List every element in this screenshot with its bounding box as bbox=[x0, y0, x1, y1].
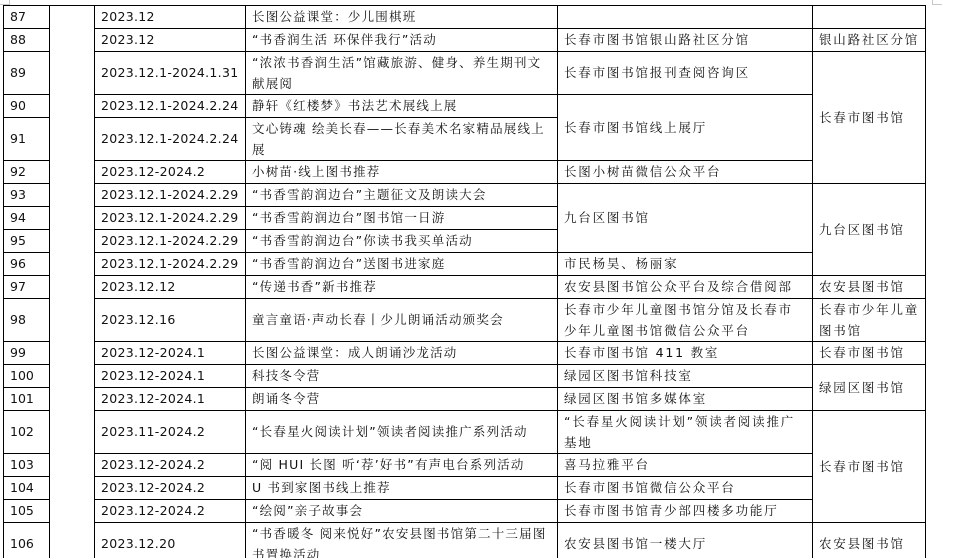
activity-name: “绘阅”亲子故事会 bbox=[246, 500, 558, 523]
activity-venue: 喜马拉雅平台 bbox=[558, 454, 813, 477]
activity-date: 2023.12-2024.1 bbox=[95, 388, 246, 411]
activity-date: 2023.12-2024.1 bbox=[95, 342, 246, 365]
organizer: 长春市图书馆 bbox=[813, 411, 926, 523]
activity-date: 2023.12.1-2024.2.24 bbox=[95, 118, 246, 161]
activity-name: “书香暖冬 阅来悦好”农安县图书馆第二十三届图书置换活动 bbox=[246, 523, 558, 558]
table-row: 93 2023.12.1-2024.2.29 “书香雪韵润边台”主题征文及朗读大… bbox=[4, 184, 926, 207]
activity-name: 长图公益课堂：成人朗诵沙龙活动 bbox=[246, 342, 558, 365]
activity-name: “书香雪韵润边台”送图书进家庭 bbox=[246, 253, 558, 276]
activity-date: 2023.12.1-2024.2.29 bbox=[95, 184, 246, 207]
activity-venue bbox=[558, 6, 813, 29]
activity-date: 2023.12-2024.2 bbox=[95, 454, 246, 477]
row-number: 98 bbox=[4, 299, 50, 342]
activity-name: “长春星火阅读计划”领读者阅读推广系列活动 bbox=[246, 411, 558, 454]
activity-venue: 九台区图书馆 bbox=[558, 184, 813, 253]
row-number: 104 bbox=[4, 477, 50, 500]
table-row: 96 2023.12.1-2024.2.29 “书香雪韵润边台”送图书进家庭 市… bbox=[4, 253, 926, 276]
activity-date: 2023.12.12 bbox=[95, 276, 246, 299]
activity-venue: 长春市少年儿童图书馆分馆及长春市少年儿童图书馆微信公众平台 bbox=[558, 299, 813, 342]
activity-name: 文心铸魂 绘美长春——长春美术名家精品展线上展 bbox=[246, 118, 558, 161]
row-number: 89 bbox=[4, 52, 50, 95]
activity-name: “书香雪韵润边台”图书馆一日游 bbox=[246, 207, 558, 230]
activity-venue: 绿园区图书馆科技室 bbox=[558, 365, 813, 388]
activity-name: 长图公益课堂：少儿围棋班 bbox=[246, 6, 558, 29]
activity-date: 2023.12 bbox=[95, 29, 246, 52]
row-number: 105 bbox=[4, 500, 50, 523]
row-number: 106 bbox=[4, 523, 50, 558]
activity-name: “传递书香”新书推荐 bbox=[246, 276, 558, 299]
activity-date: 2023.12-2024.1 bbox=[95, 365, 246, 388]
table-row: 105 2023.12-2024.2 “绘阅”亲子故事会 长春市图书馆青少部四楼… bbox=[4, 500, 926, 523]
organizer: 绿园区图书馆 bbox=[813, 365, 926, 411]
activity-date: 2023.12-2024.2 bbox=[95, 477, 246, 500]
activity-name: “书香润生活 环保伴我行”活动 bbox=[246, 29, 558, 52]
activity-name: 朗诵冬令营 bbox=[246, 388, 558, 411]
activity-venue: 农安县图书馆一楼大厅 bbox=[558, 523, 813, 558]
activity-name: 科技冬令营 bbox=[246, 365, 558, 388]
table-row: 101 2023.12-2024.1 朗诵冬令营 绿园区图书馆多媒体室 bbox=[4, 388, 926, 411]
activity-date: 2023.11-2024.2 bbox=[95, 411, 246, 454]
activity-name: U 书到家图书线上推荐 bbox=[246, 477, 558, 500]
row-number: 94 bbox=[4, 207, 50, 230]
row-number: 87 bbox=[4, 6, 50, 29]
organizer: 银山路社区分馆 bbox=[813, 29, 926, 52]
table-row: 99 2023.12-2024.1 长图公益课堂：成人朗诵沙龙活动 长春市图书馆… bbox=[4, 342, 926, 365]
activity-venue: 长春市图书馆银山路社区分馆 bbox=[558, 29, 813, 52]
row-number: 92 bbox=[4, 161, 50, 184]
activity-name: “阅 HUI 长图 听‘荐’好书”有声电台系列活动 bbox=[246, 454, 558, 477]
activity-date: 2023.12 bbox=[95, 6, 246, 29]
activity-venue: 长春市图书馆青少部四楼多功能厅 bbox=[558, 500, 813, 523]
row-number: 96 bbox=[4, 253, 50, 276]
page-corner-mark bbox=[932, 0, 942, 5]
activity-date: 2023.12.20 bbox=[95, 523, 246, 558]
activity-venue: 农安县图书馆公众平台及综合借阅部 bbox=[558, 276, 813, 299]
activity-name: “书香雪韵润边台”你读书我买单活动 bbox=[246, 230, 558, 253]
row-number: 99 bbox=[4, 342, 50, 365]
row-number: 103 bbox=[4, 454, 50, 477]
activity-date: 2023.12.1-2024.2.29 bbox=[95, 207, 246, 230]
row-number: 97 bbox=[4, 276, 50, 299]
organizer: 长春市少年儿童图书馆 bbox=[813, 299, 926, 342]
activity-name: “浓浓书香润生活”馆藏旅游、健身、养生期刊文献展阅 bbox=[246, 52, 558, 95]
table-row: 92 2023.12-2024.2 小树苗·线上图书推荐 长图小树苗微信公众平台 bbox=[4, 161, 926, 184]
activity-venue: 长春市图书馆线上展厅 bbox=[558, 95, 813, 161]
table-row: 104 2023.12-2024.2 U 书到家图书线上推荐 长春市图书馆微信公… bbox=[4, 477, 926, 500]
activity-date: 2023.12.1-2024.1.31 bbox=[95, 52, 246, 95]
activity-venue: 市民杨昊、杨丽家 bbox=[558, 253, 813, 276]
activity-date: 2023.12.1-2024.2.29 bbox=[95, 253, 246, 276]
activity-schedule-table: 87 2023.12 长图公益课堂：少儿围棋班 88 2023.12 “书香润生… bbox=[3, 5, 926, 558]
table-row: 100 2023.12-2024.1 科技冬令营 绿园区图书馆科技室 绿园区图书… bbox=[4, 365, 926, 388]
activity-date: 2023.12-2024.2 bbox=[95, 500, 246, 523]
row-number: 100 bbox=[4, 365, 50, 388]
organizer: 长春市图书馆 bbox=[813, 52, 926, 184]
row-number: 90 bbox=[4, 95, 50, 118]
activity-date: 2023.12.1-2024.2.29 bbox=[95, 230, 246, 253]
activity-date: 2023.12.16 bbox=[95, 299, 246, 342]
activity-name: 静轩《红楼梦》书法艺术展线上展 bbox=[246, 95, 558, 118]
merged-blank-column bbox=[50, 6, 95, 558]
row-number: 95 bbox=[4, 230, 50, 253]
table-row: 102 2023.11-2024.2 “长春星火阅读计划”领读者阅读推广系列活动… bbox=[4, 411, 926, 454]
activity-venue: 长春市图书馆 411 教室 bbox=[558, 342, 813, 365]
row-number: 101 bbox=[4, 388, 50, 411]
organizer bbox=[813, 6, 926, 29]
activity-name: 小树苗·线上图书推荐 bbox=[246, 161, 558, 184]
table-row: 90 2023.12.1-2024.2.24 静轩《红楼梦》书法艺术展线上展 长… bbox=[4, 95, 926, 118]
organizer: 九台区图书馆 bbox=[813, 184, 926, 276]
table-row: 89 2023.12.1-2024.1.31 “浓浓书香润生活”馆藏旅游、健身、… bbox=[4, 52, 926, 95]
activity-venue: “长春星火阅读计划”领读者阅读推广基地 bbox=[558, 411, 813, 454]
table-row: 106 2023.12.20 “书香暖冬 阅来悦好”农安县图书馆第二十三届图书置… bbox=[4, 523, 926, 558]
activity-name: 童言童语·声动长春丨少儿朗诵活动颁奖会 bbox=[246, 299, 558, 342]
organizer: 长春市图书馆 bbox=[813, 342, 926, 365]
row-number: 91 bbox=[4, 118, 50, 161]
activity-name: “书香雪韵润边台”主题征文及朗读大会 bbox=[246, 184, 558, 207]
table-row: 88 2023.12 “书香润生活 环保伴我行”活动 长春市图书馆银山路社区分馆… bbox=[4, 29, 926, 52]
table-row: 97 2023.12.12 “传递书香”新书推荐 农安县图书馆公众平台及综合借阅… bbox=[4, 276, 926, 299]
activity-venue: 长春市图书馆报刊查阅咨询区 bbox=[558, 52, 813, 95]
activity-venue: 长图小树苗微信公众平台 bbox=[558, 161, 813, 184]
activity-date: 2023.12.1-2024.2.24 bbox=[95, 95, 246, 118]
activity-venue: 绿园区图书馆多媒体室 bbox=[558, 388, 813, 411]
table-row: 103 2023.12-2024.2 “阅 HUI 长图 听‘荐’好书”有声电台… bbox=[4, 454, 926, 477]
activity-venue: 长春市图书馆微信公众平台 bbox=[558, 477, 813, 500]
row-number: 102 bbox=[4, 411, 50, 454]
row-number: 88 bbox=[4, 29, 50, 52]
activity-date: 2023.12-2024.2 bbox=[95, 161, 246, 184]
organizer: 农安县图书馆 bbox=[813, 276, 926, 299]
organizer: 农安县图书馆 bbox=[813, 523, 926, 558]
row-number: 93 bbox=[4, 184, 50, 207]
table-row: 87 2023.12 长图公益课堂：少儿围棋班 bbox=[4, 6, 926, 29]
table-row: 98 2023.12.16 童言童语·声动长春丨少儿朗诵活动颁奖会 长春市少年儿… bbox=[4, 299, 926, 342]
